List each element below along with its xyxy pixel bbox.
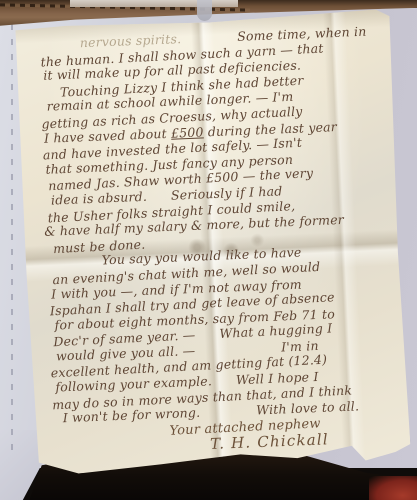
box-flap-edge: [70, 0, 238, 7]
red-object: [369, 476, 417, 500]
grey-drip-mark: [197, 0, 212, 21]
backing-paper-perforation: [11, 24, 13, 454]
letter-text-segment: £500: [171, 124, 204, 140]
letter-text: nervous spirits.Some time, when inthe hu…: [32, 22, 401, 466]
letter-text-segment: T. H. Chickall: [210, 431, 329, 454]
letter-paper: nervous spirits.Some time, when inthe hu…: [13, 9, 411, 476]
photo-of-letter-in-box: nervous spirits.Some time, when inthe hu…: [0, 0, 417, 500]
letter-text-segment: idea is absurd.: [51, 189, 148, 208]
